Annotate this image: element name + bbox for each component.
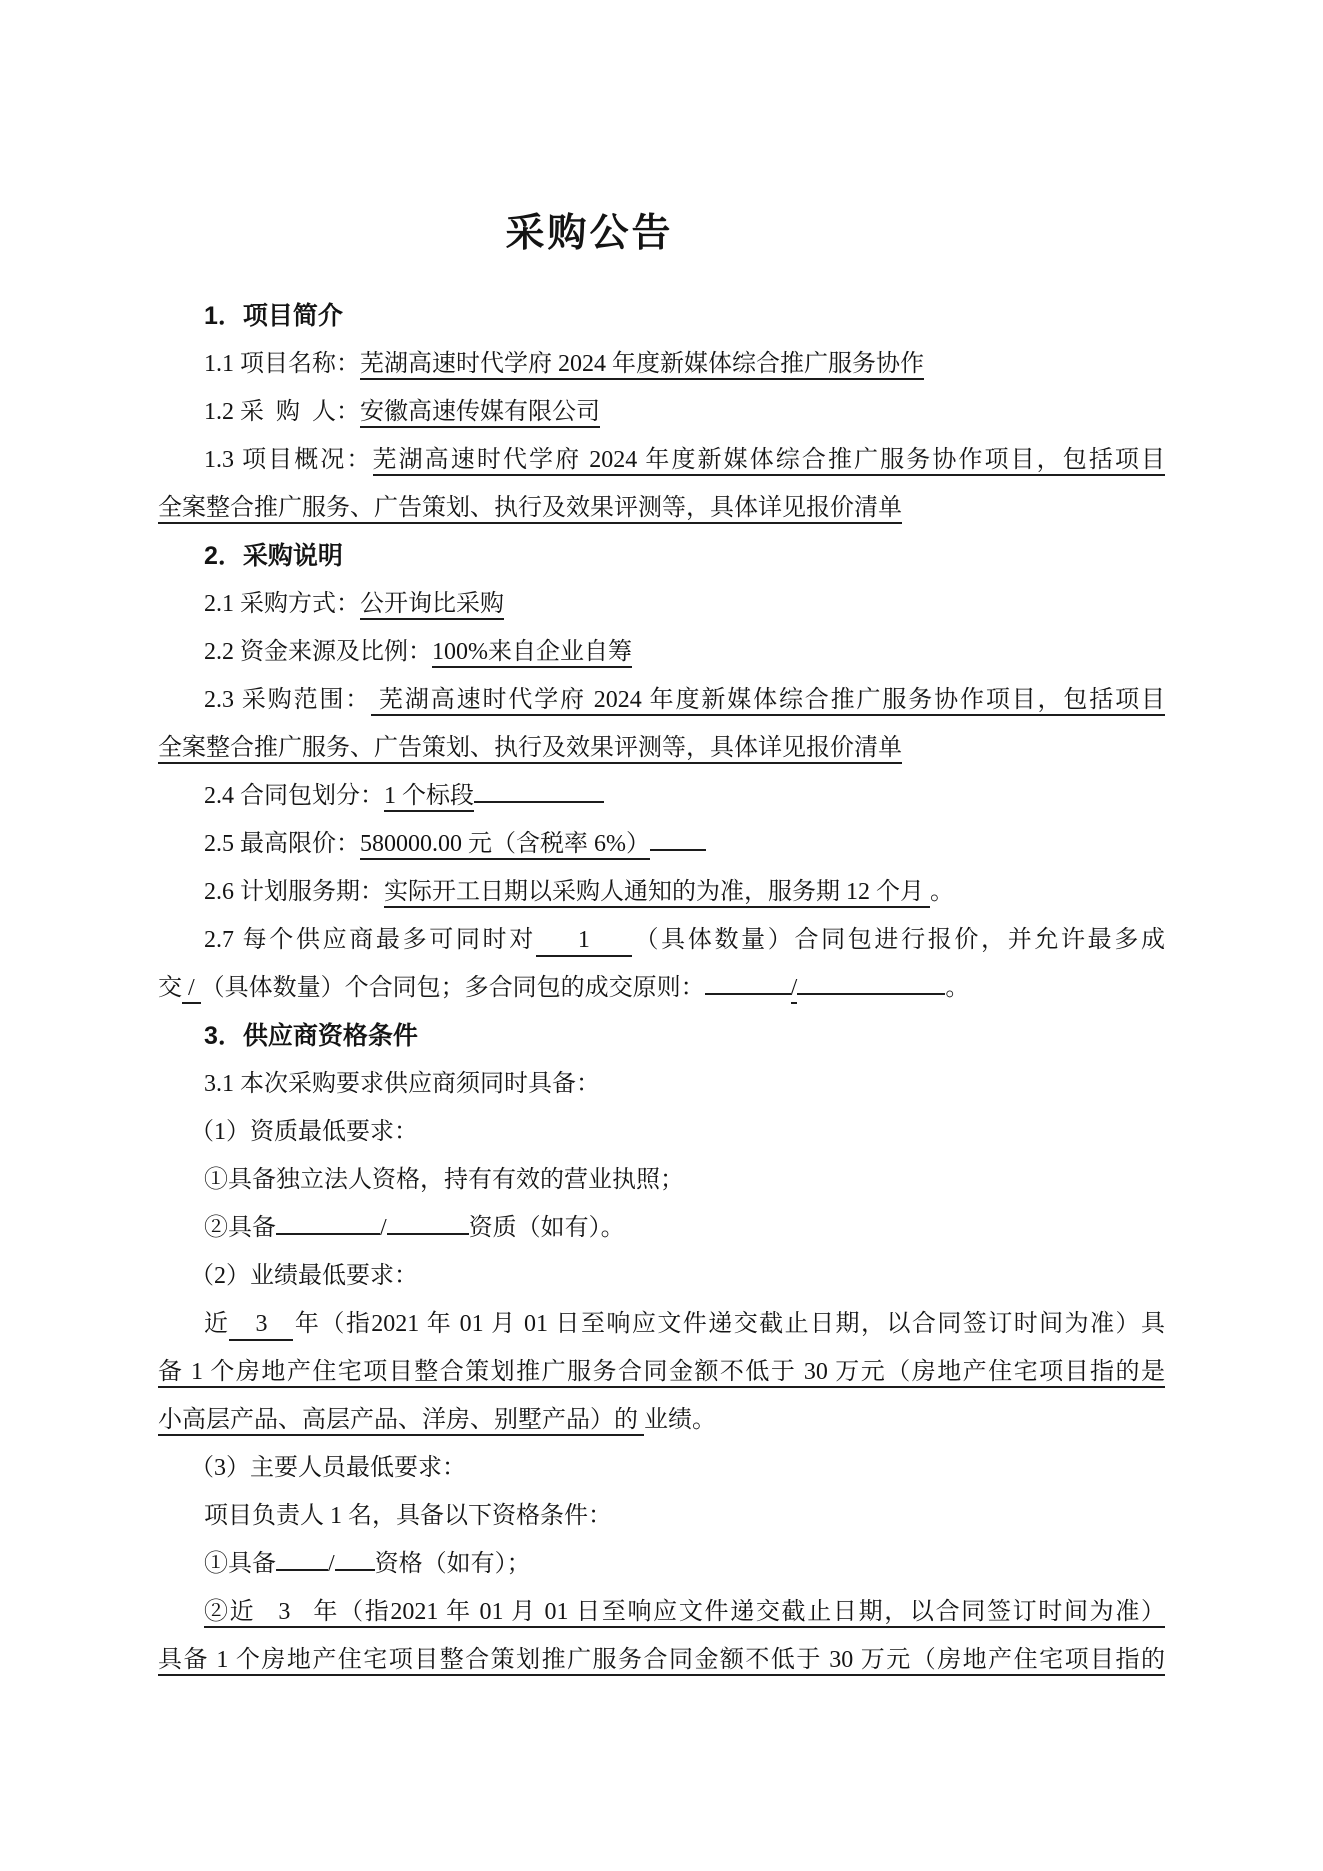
section-heading-project-intro: 1．项目简介 — [158, 292, 1165, 340]
field-value-underlined: 580000.00 元（含税率 6%） — [360, 831, 650, 860]
field-label: 1.3 项目概况： — [204, 447, 373, 473]
line-qualification-intro: 3.1 本次采购要求供应商须同时具备： — [158, 1060, 1165, 1108]
field-value-underlined: 芜湖高速时代学府 2024 年度新媒体综合推广服务协作 — [360, 351, 924, 380]
document-page: 采购公告 1．项目简介 1.1 项目名称：芜湖高速时代学府 2024 年度新媒体… — [0, 0, 1323, 1871]
field-value-underlined: 实际开工日期以采购人通知的为准，服务期 12 个月 — [384, 879, 930, 908]
text: 年（指2021 年 01 月 01 日至响应文件递交截止日期，以合同签订时间为准… — [293, 1311, 1165, 1337]
slash-separator: / — [328, 1551, 335, 1577]
line-supplier-quote-limit-cont: 交 / （具体数量）个合同包；多合同包的成交原则：/。 — [158, 964, 1165, 1012]
field-label: 2.2 资金来源及比例： — [204, 639, 432, 665]
text: ①具备 — [204, 1551, 276, 1577]
field-value-underlined: 具备 1 个房地产住宅项目整合策划推广服务合同金额不低于 30 万元（房地产住宅… — [158, 1647, 1165, 1676]
line-legal-entity-req: ①具备独立法人资格，持有有效的营业执照； — [158, 1156, 1165, 1204]
slash-separator: / — [791, 975, 798, 1004]
text: （具体数量）个合同包；多合同包的成交原则： — [201, 975, 705, 1001]
line-performance-detail-2: 备 1 个房地产住宅项目整合策划推广服务合同金额不低于 30 万元（房地产住宅项… — [158, 1348, 1165, 1396]
section-heading-procurement-notes: 2．采购说明 — [158, 532, 1165, 580]
line-supplier-quote-limit: 2.7 每个供应商最多可同时对1（具体数量）合同包进行报价，并允许最多成 — [158, 916, 1165, 964]
line-purchaser: 1.2 采 购 人：安徽高速传媒有限公司 — [158, 388, 1165, 436]
line-project-name: 1.1 项目名称：芜湖高速时代学府 2024 年度新媒体综合推广服务协作 — [158, 340, 1165, 388]
line-min-performance-req: （2）业绩最低要求： — [158, 1252, 1165, 1300]
field-label: 1.2 采 购 人： — [204, 399, 360, 425]
text: 2.7 每个供应商最多可同时对 — [204, 927, 536, 953]
field-value-underlined: 全案整合推广服务、广告策划、执行及效果评测等，具体详见报价清单 — [158, 495, 902, 524]
field-value-underlined: 公开询比采购 — [360, 591, 504, 620]
text: （2）业绩最低要求： — [190, 1263, 418, 1289]
line-project-overview-cont: 全案整合推广服务、广告策划、执行及效果评测等，具体详见报价清单 — [158, 484, 1165, 532]
blank-field — [650, 821, 706, 851]
line-min-personnel-req: （3）主要人员最低要求： — [158, 1444, 1165, 1492]
line-project-manager-req: 项目负责人 1 名，具备以下资格条件： — [158, 1492, 1165, 1540]
line-performance-detail-1: 近3年（指2021 年 01 月 01 日至响应文件递交截止日期，以合同签订时间… — [158, 1300, 1165, 1348]
text: 近 — [204, 1311, 229, 1337]
field-value-underlined: ②近 3 年（指2021 年 01 月 01 日至响应文件递交截止日期，以合同签… — [204, 1599, 1165, 1628]
field-value-underlined: 全案整合推广服务、广告策划、执行及效果评测等，具体详见报价清单 — [158, 735, 902, 764]
slash-separator: / — [380, 1215, 387, 1241]
field-value-underlined: 小高层产品、高层产品、洋房、别墅产品）的 — [158, 1407, 644, 1436]
line-pm-performance-req-1: ②近 3 年（指2021 年 01 月 01 日至响应文件递交截止日期，以合同签… — [158, 1588, 1165, 1636]
field-value-underlined: 芜湖高速时代学府 2024 年度新媒体综合推广服务协作项目，包括项目 — [373, 447, 1165, 476]
line-pm-performance-req-2: 具备 1 个房地产住宅项目整合策划推广服务合同金额不低于 30 万元（房地产住宅… — [158, 1636, 1165, 1684]
text: 资质（如有）。 — [469, 1215, 625, 1241]
field-label: 2.1 采购方式： — [204, 591, 360, 617]
field-value-underlined: 安徽高速传媒有限公司 — [360, 399, 600, 428]
blank-field — [705, 965, 791, 995]
field-value-underlined: 芜湖高速时代学府 2024 年度新媒体综合推广服务协作项目，包括项目 — [371, 687, 1165, 716]
blank-field — [387, 1205, 469, 1235]
line-project-overview: 1.3 项目概况：芜湖高速时代学府 2024 年度新媒体综合推广服务协作项目，包… — [158, 436, 1165, 484]
text: ②具备 — [204, 1215, 276, 1241]
section-heading-supplier-qualifications: 3．供应商资格条件 — [158, 1012, 1165, 1060]
text: 资格（如有）； — [375, 1551, 531, 1577]
line-procurement-scope: 2.3 采购范围： 芜湖高速时代学府 2024 年度新媒体综合推广服务协作项目，… — [158, 676, 1165, 724]
text: 3.1 本次采购要求供应商须同时具备： — [204, 1071, 600, 1097]
blank-field — [474, 773, 604, 803]
text: ①具备独立法人资格，持有有效的营业执照； — [204, 1167, 684, 1193]
blank-field — [797, 965, 945, 995]
text: （1）资质最低要求： — [190, 1119, 418, 1145]
text: 项目负责人 1 名，具备以下资格条件： — [204, 1503, 612, 1529]
line-service-period: 2.6 计划服务期：实际开工日期以采购人通知的为准，服务期 12 个月 。 — [158, 868, 1165, 916]
field-value-underlined: 备 1 个房地产住宅项目整合策划推广服务合同金额不低于 30 万元（房地产住宅项… — [158, 1359, 1165, 1388]
field-value-underlined: 100%来自企业自筹 — [432, 639, 632, 668]
line-funding-source: 2.2 资金来源及比例：100%来自企业自筹 — [158, 628, 1165, 676]
text: （3）主要人员最低要求： — [190, 1455, 466, 1481]
document-title: 采购公告 — [86, 198, 1093, 270]
field-label: 2.5 最高限价： — [204, 831, 360, 857]
field-value-underlined: 1 个标段 — [384, 783, 474, 812]
line-min-qualification-req: （1）资质最低要求： — [158, 1108, 1165, 1156]
line-procurement-method: 2.1 采购方式：公开询比采购 — [158, 580, 1165, 628]
text: 。 — [945, 975, 969, 1001]
field-label: 2.4 合同包划分： — [204, 783, 384, 809]
blank-field — [276, 1541, 328, 1571]
line-max-price: 2.5 最高限价：580000.00 元（含税率 6%） — [158, 820, 1165, 868]
blank-field-value: 1 — [536, 925, 632, 957]
field-value-underlined: / — [182, 975, 201, 1004]
text: 。 — [930, 879, 954, 905]
line-pm-certification-req: ①具备/资格（如有）； — [158, 1540, 1165, 1588]
blank-field — [276, 1205, 380, 1235]
field-label: 2.3 采购范围： — [204, 687, 371, 713]
line-performance-detail-3: 小高层产品、高层产品、洋房、别墅产品）的 业绩。 — [158, 1396, 1165, 1444]
blank-field-value: 3 — [229, 1309, 293, 1341]
text: （具体数量）合同包进行报价，并允许最多成 — [632, 927, 1165, 953]
line-certification-req: ②具备/资质（如有）。 — [158, 1204, 1165, 1252]
field-label: 1.1 项目名称： — [204, 351, 360, 377]
blank-field — [335, 1541, 375, 1571]
text: 业绩。 — [644, 1407, 716, 1433]
text: 交 — [158, 975, 182, 1001]
field-label: 2.6 计划服务期： — [204, 879, 384, 905]
line-contract-packages: 2.4 合同包划分：1 个标段 — [158, 772, 1165, 820]
line-procurement-scope-cont: 全案整合推广服务、广告策划、执行及效果评测等，具体详见报价清单 — [158, 724, 1165, 772]
